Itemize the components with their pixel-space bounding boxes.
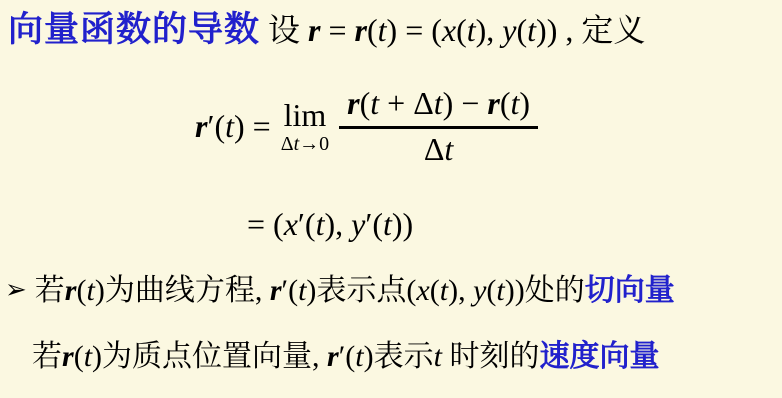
text-run: y bbox=[473, 274, 486, 307]
text-run: 时刻的 bbox=[442, 340, 540, 373]
fraction: r(t + Δt) − r(t) Δt bbox=[339, 86, 538, 167]
text-run: t bbox=[86, 274, 94, 307]
text-run: r bbox=[347, 85, 359, 121]
text-run: r bbox=[270, 274, 282, 307]
text-run: r bbox=[195, 108, 207, 144]
text-run: 切向量 bbox=[585, 274, 675, 307]
text-run: 处的 bbox=[525, 274, 585, 307]
lim-subscript: Δt→0 bbox=[281, 134, 329, 154]
text-run: ( bbox=[288, 274, 298, 307]
fraction-numerator: r(t + Δt) − r(t) bbox=[339, 86, 538, 126]
limit-operator: lim Δt→0 bbox=[281, 99, 329, 154]
text-run: ( bbox=[486, 274, 496, 307]
text-run: + Δ bbox=[379, 85, 434, 121]
formula-continuation: = (x′(t), y′(t)) bbox=[247, 206, 413, 243]
text-run: 为曲线方程, bbox=[105, 274, 270, 307]
text-run: ( bbox=[345, 340, 355, 373]
text-run: t bbox=[467, 12, 476, 48]
text-run: 速度向量 bbox=[539, 340, 659, 373]
text-run: ) = ( bbox=[387, 12, 442, 48]
text-run: x bbox=[416, 274, 429, 307]
bullet-arrow-icon: ➢ bbox=[5, 275, 35, 305]
text-run: 若 bbox=[32, 340, 62, 373]
text-run: ( bbox=[305, 206, 316, 242]
text-run: ( bbox=[360, 85, 371, 121]
text-run: = bbox=[320, 12, 354, 48]
slide: 向量函数的导数 设 r = r(t) = (x(t), y(t)) , 定义 r… bbox=[0, 0, 782, 398]
text-run: y bbox=[502, 12, 516, 48]
text-run: Δ bbox=[281, 133, 294, 155]
derivative-definition-formula: r′(t) = lim Δt→0 r(t + Δt) − r(t) Δt bbox=[195, 86, 538, 167]
text-run: ) bbox=[95, 274, 105, 307]
text-run: ), bbox=[476, 12, 503, 48]
bullet-velocity-vector: 若r(t)为质点位置向量, r′(t)表示t 时刻的速度向量 bbox=[32, 340, 659, 375]
text-run: y bbox=[351, 206, 365, 242]
text-run: ) bbox=[92, 340, 102, 373]
text-run: t bbox=[496, 274, 504, 307]
text-run: ( bbox=[517, 12, 528, 48]
text-run: ) bbox=[519, 85, 530, 121]
text-run: r bbox=[327, 340, 339, 373]
text-run: )) bbox=[392, 206, 413, 242]
text-run: →0 bbox=[299, 133, 329, 155]
text-run: t bbox=[444, 131, 453, 167]
text-run: ( bbox=[214, 108, 225, 144]
text-run: ) bbox=[364, 340, 374, 373]
text-run: ( bbox=[456, 12, 467, 48]
bullet-tangent-vector: ➢若r(t)为曲线方程, r′(t)表示点(x(t), y(t))处的切向量 bbox=[5, 274, 675, 309]
text-run: ( bbox=[76, 274, 86, 307]
text-run: x bbox=[442, 12, 456, 48]
text-run: ( bbox=[372, 206, 383, 242]
text-run: ( bbox=[500, 85, 511, 121]
text-run: ( bbox=[430, 274, 440, 307]
text-run: r bbox=[308, 12, 320, 48]
text-run: )) bbox=[536, 12, 565, 48]
text-run: ), bbox=[324, 206, 351, 242]
text-run: r bbox=[487, 85, 499, 121]
text-run: r bbox=[62, 340, 74, 373]
text-run: t bbox=[378, 12, 387, 48]
title-line: 向量函数的导数 设 r = r(t) = (x(t), y(t)) , 定义 bbox=[8, 10, 645, 50]
text-run: 设 bbox=[260, 12, 308, 48]
text-run: 表示点 bbox=[316, 274, 406, 307]
text-run: t bbox=[84, 340, 92, 373]
text-run: t bbox=[434, 340, 442, 373]
text-run: ) bbox=[306, 274, 316, 307]
text-run: ( bbox=[367, 12, 378, 48]
text-run: 若 bbox=[35, 274, 65, 307]
text-run: 为质点位置向量, bbox=[102, 340, 327, 373]
text-run: 表示 bbox=[374, 340, 434, 373]
text-run: t bbox=[383, 206, 392, 242]
text-run: Δ bbox=[424, 131, 445, 167]
text-run: ), bbox=[448, 274, 473, 307]
text-run: t bbox=[225, 108, 234, 144]
text-run: ) = bbox=[234, 108, 271, 144]
text-run: t bbox=[370, 85, 379, 121]
text-run: t bbox=[440, 274, 448, 307]
text-run: = ( bbox=[247, 206, 284, 242]
text-run: t bbox=[355, 340, 363, 373]
text-run: x bbox=[284, 206, 298, 242]
text-run: 向量函数的导数 bbox=[8, 10, 260, 49]
text-run: t bbox=[527, 12, 536, 48]
text-run: , 定义 bbox=[565, 12, 645, 48]
text-run: r bbox=[355, 12, 367, 48]
text-run: ( bbox=[406, 274, 416, 307]
text-run: t bbox=[434, 85, 443, 121]
formula-lhs: r′(t) = bbox=[195, 108, 271, 145]
text-run: )) bbox=[505, 274, 525, 307]
fraction-denominator: Δt bbox=[339, 126, 538, 167]
text-run: ′ bbox=[298, 206, 305, 242]
text-run: r bbox=[65, 274, 77, 307]
lim-word: lim bbox=[284, 99, 327, 131]
text-run: ) − bbox=[443, 85, 488, 121]
text-run: ( bbox=[74, 340, 84, 373]
